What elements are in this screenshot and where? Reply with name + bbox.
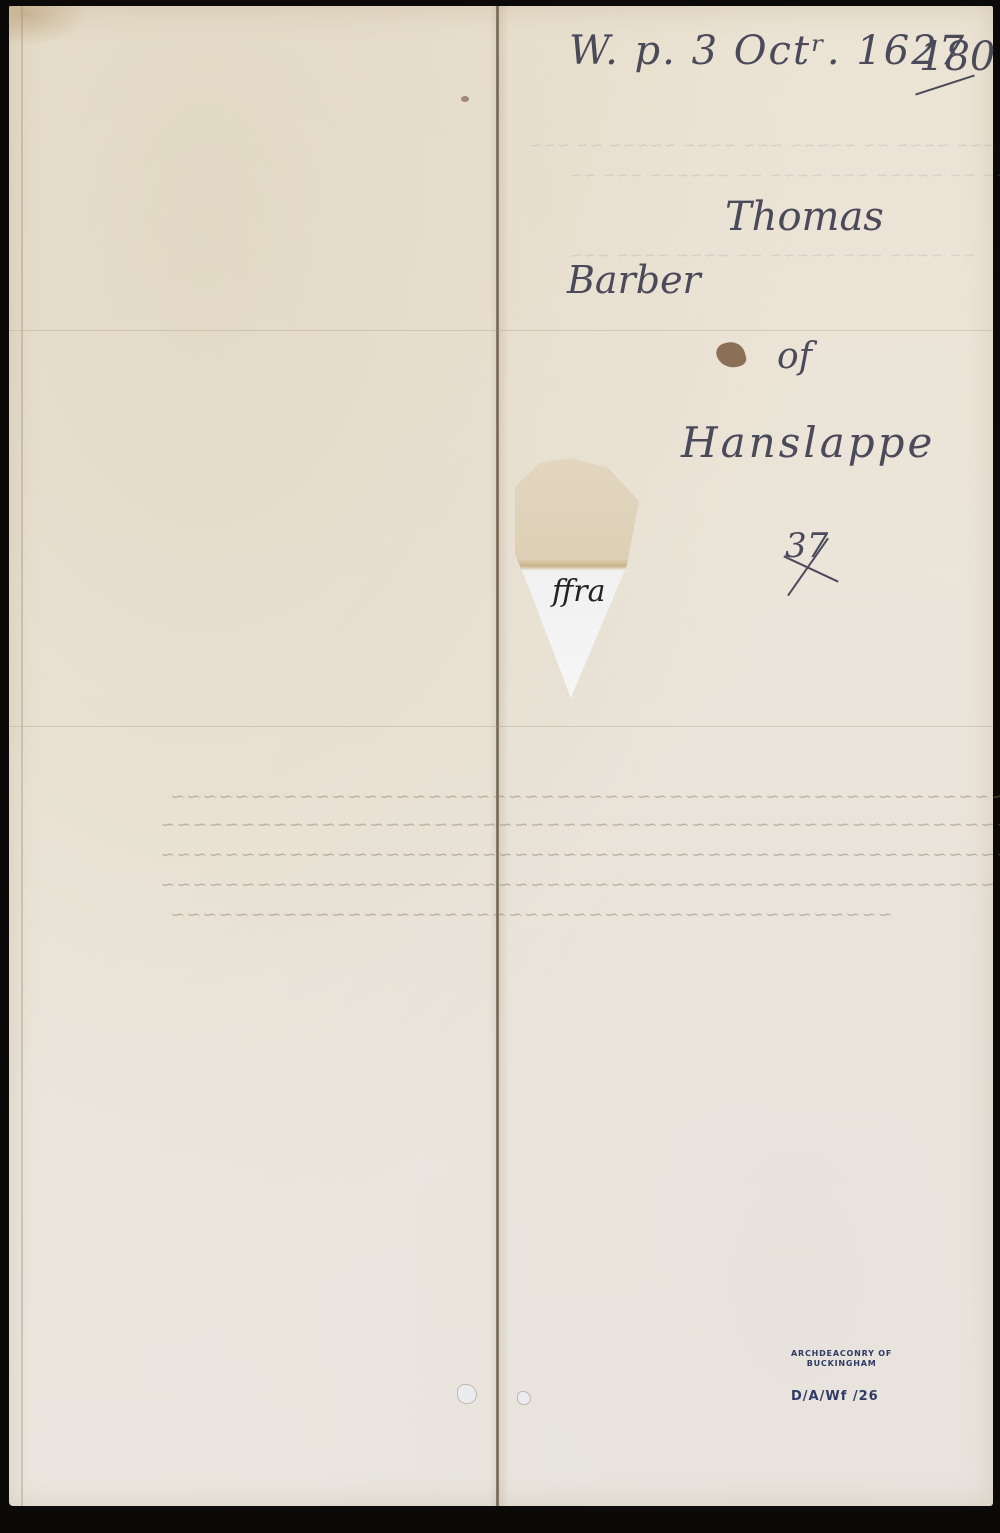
word-of: of	[777, 336, 812, 377]
bleed-through-line: ~~~~~~~~~~~~~~~~~~~~~~~~~~~~~~~~~~~~~~~~…	[169, 786, 1000, 807]
horizontal-crease	[9, 726, 993, 727]
paper-damage-mark	[517, 1391, 531, 1405]
bleed-through-line: ~~~~~~~~~~~~~~~~~~~~~~~~~~~~~~~~~~~~~~~~…	[159, 814, 1000, 835]
paper-damage-mark	[457, 1384, 477, 1404]
seal-window-text: ffra	[552, 574, 605, 609]
stamp-line-2: BUCKINGHAM	[791, 1359, 892, 1369]
horizontal-crease	[9, 330, 993, 331]
testator-surname: Barber	[567, 258, 701, 302]
testator-first-name: Thomas	[725, 194, 884, 240]
ink-speck	[461, 96, 469, 102]
bleed-through-line: ~~~~~~~~~~~~~~~~~~~~~~~~~~~~~~~~~~~~~~~~…	[159, 844, 1000, 865]
place-name: Hanslappe	[681, 418, 935, 467]
center-fold-shadow	[489, 6, 509, 1506]
left-edge-crease	[21, 6, 23, 1506]
bleed-through-line: ~~~~~~~~~~~~~~~~~~~~~~~~~~~~~~~~~~~~~~~~…	[169, 904, 893, 925]
date-annotation: W. p. 3 Octʳ. 1627	[569, 28, 966, 74]
archive-stamp: ARCHDEACONRY OF BUCKINGHAM	[791, 1349, 892, 1369]
archive-reference: D/A/Wf /26	[791, 1389, 879, 1404]
manuscript-page: ~ ~~~ ~~~~ ~~ ~~~~~ ~~~ ~~~~ ~~~~~ ~~ ~~…	[9, 6, 993, 1506]
center-fold-line	[496, 6, 499, 1506]
bleed-through-line: ~~~~~~~~~~~~~~~~~~~~~~~~~~~~~~~~~~~~~~~~…	[159, 874, 995, 895]
bleed-through-line: ~~~ ~~ ~~~~~ ~~~ ~~~~ ~~ ~~~~~~ ~~~ ~~	[569, 166, 1000, 184]
stamp-line-1: ARCHDEACONRY OF	[791, 1349, 892, 1359]
bleed-through-line: ~ ~~~ ~~~~ ~~ ~~~~~ ~~~ ~~~~ ~~~~~ ~~ ~~…	[529, 136, 1000, 154]
folio-number: 180	[919, 34, 995, 80]
ink-blot	[714, 339, 748, 371]
